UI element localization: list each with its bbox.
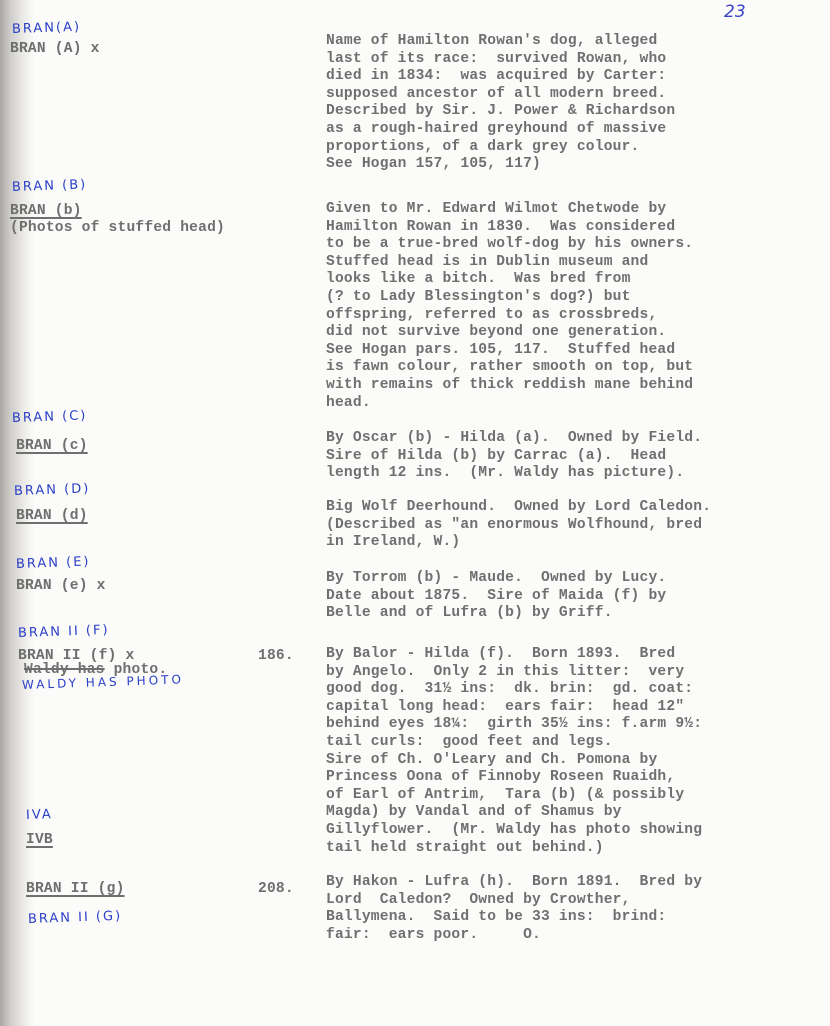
description-line: died in 1834: was acquired by Carter: — [326, 68, 675, 86]
description-line: length 12 ins. (Mr. Waldy has picture). — [326, 465, 702, 483]
description-line: (Described as "an enormous Wolfhound, br… — [326, 517, 711, 535]
entry-name: BRAN (A) — [10, 41, 82, 57]
entry-bran-b-description: Given to Mr. Edward Wilmot Chetwode byHa… — [326, 201, 693, 412]
entry-bran-ii-g-number: 208. — [258, 881, 294, 899]
entry-bran-b-name: BRAN (b) — [10, 203, 82, 221]
description-line: tail held straight out behind.) — [326, 840, 702, 858]
handwritten-annotation-bran-ii-g: BRAN II (G) — [28, 909, 123, 927]
entry-bran-ii-g-description: By Hakon - Lufra (h). Born 1891. Bred by… — [326, 874, 702, 944]
description-line: of Earl of Antrim, Tara (b) (& possibly — [326, 787, 702, 805]
entry-bran-c-description: By Oscar (b) - Hilda (a). Owned by Field… — [326, 430, 702, 483]
entry-bran-a-heading: BRAN (A) x — [10, 41, 100, 59]
description-line: last of its race: survived Rowan, who — [326, 51, 675, 69]
description-line: capital long head: ears fair: head 12" — [326, 699, 702, 717]
description-line: Described by Sir. J. Power & Richardson — [326, 103, 675, 121]
description-line: Stuffed head is in Dublin museum and — [326, 254, 693, 272]
description-line: by Angelo. Only 2 in this litter: very — [326, 664, 702, 682]
description-line: behind eyes 18¼: girth 35½ ins: f.arm 9½… — [326, 716, 702, 734]
entry-mark: x — [82, 41, 100, 57]
description-line: (? to Lady Blessington's dog?) but — [326, 289, 693, 307]
description-line: By Oscar (b) - Hilda (a). Owned by Field… — [326, 430, 702, 448]
handwritten-annotation-bran-b: BRAN (B) — [12, 177, 88, 195]
description-line: good dog. 31½ ins: dk. brin: gd. coat: — [326, 681, 702, 699]
description-line: By Balor - Hilda (f). Born 1893. Bred — [326, 646, 702, 664]
description-line: proportions, of a dark grey colour. — [326, 139, 675, 157]
entry-bran-d-description: Big Wolf Deerhound. Owned by Lord Caledo… — [326, 499, 711, 552]
description-line: head. — [326, 395, 693, 413]
entry-bran-ii-g-name: BRAN II (g) — [26, 881, 125, 899]
description-line: By Hakon - Lufra (h). Born 1891. Bred by — [326, 874, 702, 892]
description-line: Date about 1875. Sire of Maida (f) by — [326, 588, 666, 606]
description-line: Sire of Ch. O'Leary and Ch. Pomona by — [326, 752, 702, 770]
handwritten-annotation-bran-d: BRAN (D) — [14, 481, 91, 499]
description-line: Sire of Hilda (b) by Carrac (a). Head — [326, 448, 702, 466]
description-line: to be a true-bred wolf-dog by his owners… — [326, 236, 693, 254]
description-line: with remains of thick reddish mane behin… — [326, 377, 693, 395]
description-line: Magda) by Vandal and of Shamus by — [326, 804, 702, 822]
entry-bran-c-name: BRAN (c) — [16, 438, 88, 456]
description-line: did not survive beyond one generation. — [326, 324, 693, 342]
description-line: is fawn colour, rather smooth on top, bu… — [326, 359, 693, 377]
description-line: in Ireland, W.) — [326, 534, 711, 552]
entry-bran-a-description: Name of Hamilton Rowan's dog, allegedlas… — [326, 33, 675, 174]
description-line: Ballymena. Said to be 33 ins: brind: — [326, 909, 702, 927]
entry-bran-e-heading: BRAN (e) x — [16, 578, 106, 596]
description-line: supposed ancestor of all modern breed. — [326, 86, 675, 104]
description-line: Given to Mr. Edward Wilmot Chetwode by — [326, 201, 693, 219]
entry-mark: x — [88, 578, 106, 594]
description-line: Hamilton Rowan in 1830. Was considered — [326, 219, 693, 237]
entry-ivb-name: IVB — [26, 832, 53, 850]
description-line: See Hogan 157, 105, 117) — [326, 156, 675, 174]
entry-bran-e-description: By Torrom (b) - Maude. Owned by Lucy.Dat… — [326, 570, 666, 623]
handwritten-annotation-bran-e: BRAN (E) — [16, 554, 91, 572]
handwritten-annotation-bran-c: BRAN (C) — [12, 408, 88, 426]
description-line: Princess Oona of Finnoby Roseen Ruaidh, — [326, 769, 702, 787]
faint-pencil-marks: ​ — [451, 985, 453, 996]
entry-name: BRAN (e) — [16, 578, 88, 594]
description-line: as a rough-haired greyhound of massive — [326, 121, 675, 139]
description-line: looks like a bitch. Was bred from — [326, 271, 693, 289]
handwritten-annotation-iva: IVA — [26, 807, 53, 823]
entry-bran-ii-f-number: 186. — [258, 648, 294, 666]
description-line: fair: ears poor. O. — [326, 927, 702, 945]
description-line: Lord Caledon? Owned by Crowther, — [326, 892, 702, 910]
handwritten-annotation-bran-a: BRAN(A) — [12, 20, 82, 37]
description-line: Gillyflower. (Mr. Waldy has photo showin… — [326, 822, 702, 840]
handwritten-annotation-bran-ii-f: BRAN II (F) — [18, 623, 110, 641]
description-line: Belle and of Lufra (b) by Griff. — [326, 605, 666, 623]
description-line: See Hogan pars. 105, 117. Stuffed head — [326, 342, 693, 360]
entry-bran-d-name: BRAN (d) — [16, 508, 88, 526]
page-number: 23 — [724, 2, 746, 22]
description-line: By Torrom (b) - Maude. Owned by Lucy. — [326, 570, 666, 588]
description-line: tail curls: good feet and legs. — [326, 734, 702, 752]
entry-bran-ii-f-description: By Balor - Hilda (f). Born 1893. Bredby … — [326, 646, 702, 857]
description-line: Name of Hamilton Rowan's dog, alleged — [326, 33, 675, 51]
description-line: offspring, referred to as crossbreds, — [326, 307, 693, 325]
entry-bran-b-note: (Photos of stuffed head) — [10, 220, 225, 238]
description-line: Big Wolf Deerhound. Owned by Lord Caledo… — [326, 499, 711, 517]
